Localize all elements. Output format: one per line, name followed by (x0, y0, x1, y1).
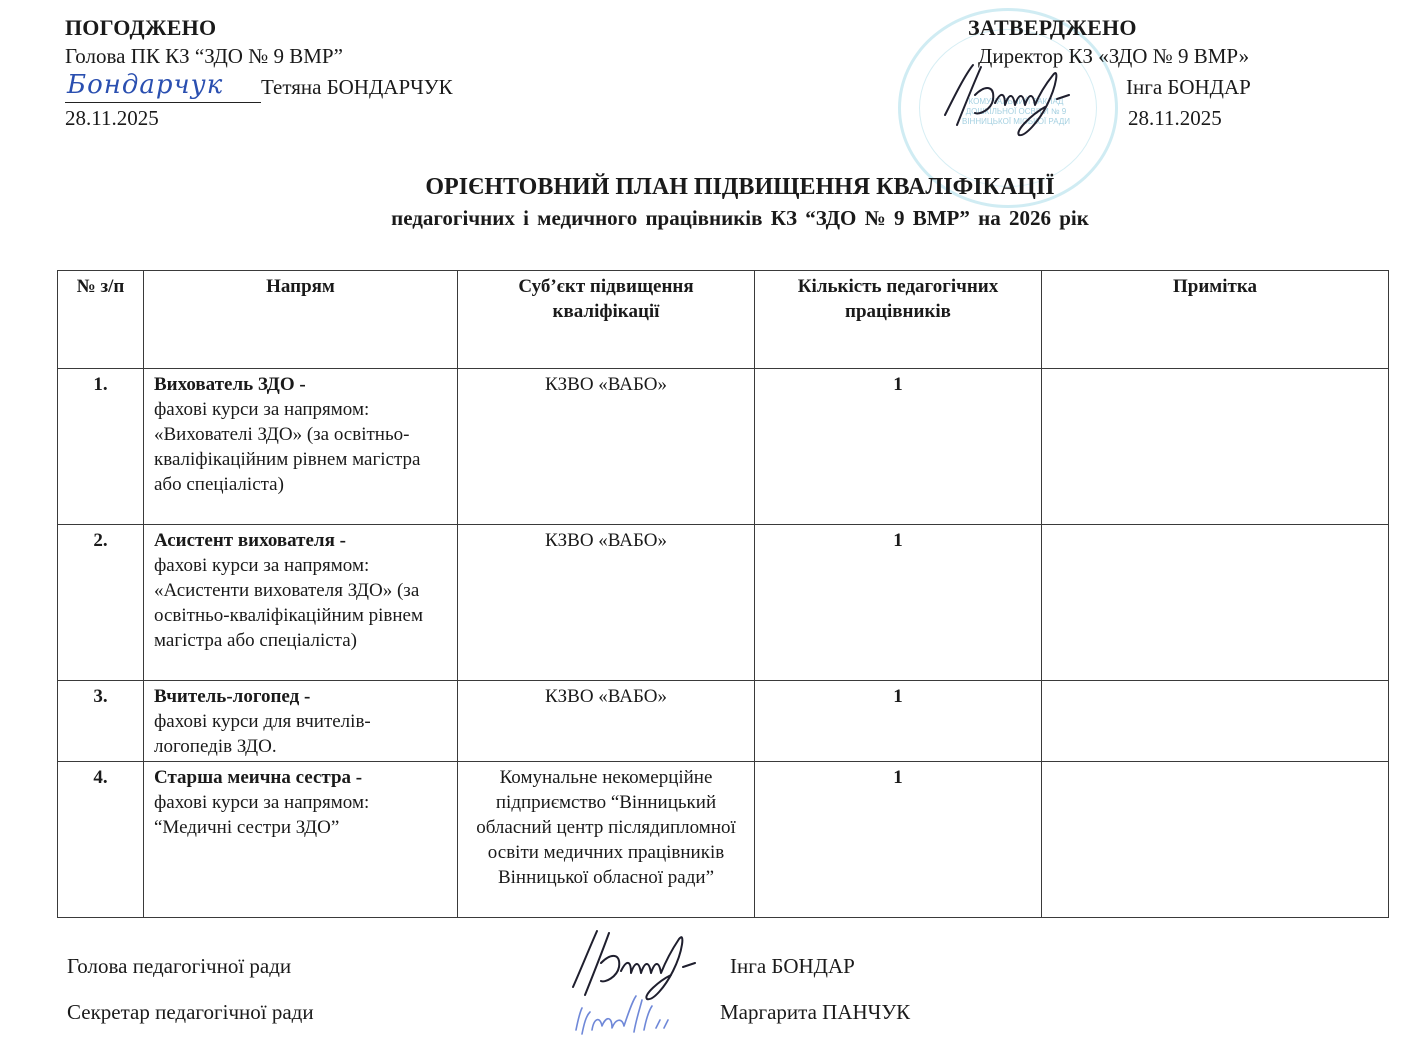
qualification-plan-table: № з/п Напрям Суб’єкт підвищення кваліфік… (57, 270, 1389, 918)
header-note: Примітка (1042, 271, 1389, 369)
direction-text: фахові курси за напрямом: “Медичні сестр… (154, 790, 447, 840)
row-count: 1 (755, 369, 1042, 525)
signature-underline: Бондарчук (65, 74, 261, 103)
row-direction: Асистент вихователя - фахові курси за на… (144, 525, 458, 681)
secretary-signature-icon (570, 990, 690, 1050)
direction-text: фахові курси за напрямом: «Асистенти вих… (154, 553, 447, 653)
row-provider: КЗВО «ВАБО» (458, 369, 755, 525)
table-header-row: № з/п Напрям Суб’єкт підвищення кваліфік… (58, 271, 1389, 369)
document-subtitle: педагогічних і медичного працівників КЗ … (0, 206, 1427, 231)
row-provider: КЗВО «ВАБО» (458, 525, 755, 681)
header-provider: Суб’єкт підвищення кваліфікації (458, 271, 755, 369)
table-row: 1. Вихователь ЗДО - фахові курси за напр… (58, 369, 1389, 525)
direction-title: Вихователь ЗДО - (154, 372, 447, 397)
header-count: Кількість педагогічних працівників (755, 271, 1042, 369)
header-direction: Напрям (144, 271, 458, 369)
approval-block-agreed: ПОГОДЖЕНО Голова ПК КЗ “ЗДО № 9 ВМР” Бон… (65, 15, 453, 134)
document-title: ОРІЄНТОВНИЙ ПЛАН ПІДВИЩЕННЯ КВАЛІФІКАЦІЇ (0, 174, 1427, 201)
table-row: 3. Вчитель-логопед - фахові курси для вч… (58, 681, 1389, 762)
direction-text: фахові курси за напрямом: «Вихователі ЗД… (154, 397, 447, 497)
row-direction: Вихователь ЗДО - фахові курси за напрямо… (144, 369, 458, 525)
table-row: 2. Асистент вихователя - фахові курси за… (58, 525, 1389, 681)
row-note (1042, 369, 1389, 525)
table-row: 4. Старша меична сестра - фахові курси з… (58, 762, 1389, 918)
agreed-date: 28.11.2025 (65, 103, 453, 134)
direction-title: Вчитель-логопед - (154, 684, 447, 709)
row-note (1042, 525, 1389, 681)
row-note (1042, 681, 1389, 762)
chair-label: Голова педагогічної ради (67, 954, 291, 979)
chair-name: Інга БОНДАР (730, 954, 855, 979)
row-count: 1 (755, 762, 1042, 918)
direction-title: Асистент вихователя - (154, 528, 447, 553)
header-number: № з/п (58, 271, 144, 369)
approved-name: Інга БОНДАР (1126, 72, 1251, 103)
row-number: 2. (58, 525, 144, 681)
row-note (1042, 762, 1389, 918)
approved-heading: ЗАТВЕРДЖЕНО (968, 15, 1251, 41)
row-number: 3. (58, 681, 144, 762)
director-signature-icon (935, 55, 1085, 145)
direction-title: Старша меична сестра - (154, 765, 447, 790)
approved-date: 28.11.2025 (1128, 103, 1251, 134)
agreed-signature-line: Бондарчук Тетяна БОНДАРЧУК (65, 72, 453, 103)
row-direction: Старша меична сестра - фахові курси за н… (144, 762, 458, 918)
row-direction: Вчитель-логопед - фахові курси для вчите… (144, 681, 458, 762)
secretary-name: Маргарита ПАНЧУК (720, 1000, 910, 1025)
handwritten-signature: Бондарчук (67, 70, 223, 101)
agreed-position: Голова ПК КЗ “ЗДО № 9 ВМР” (65, 41, 453, 72)
row-provider: КЗВО «ВАБО» (458, 681, 755, 762)
direction-text: фахові курси для вчителів-логопедів ЗДО. (154, 709, 447, 759)
row-provider: Комунальне некомерційне підприємство “Ві… (458, 762, 755, 918)
row-count: 1 (755, 681, 1042, 762)
agreed-heading: ПОГОДЖЕНО (65, 15, 453, 41)
row-number: 4. (58, 762, 144, 918)
agreed-name: Тетяна БОНДАРЧУК (261, 75, 453, 99)
row-count: 1 (755, 525, 1042, 681)
row-number: 1. (58, 369, 144, 525)
secretary-label: Секретар педагогічної ради (67, 1000, 314, 1025)
